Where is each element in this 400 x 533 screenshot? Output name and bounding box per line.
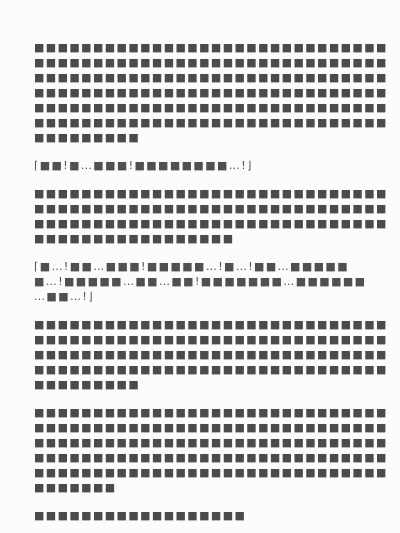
- text-paragraph: ■■■■■■■■■■■■■■■■■■■■■■■■■■■■■■ ■■■■■■■■■…: [34, 40, 370, 145]
- dialogue-paragraph: ⌈■…!■■…■■■!■■■■■…!■…!■■…■■■■■ ■…!■■■■■…■…: [34, 259, 370, 304]
- document-page: ■■■■■■■■■■■■■■■■■■■■■■■■■■■■■■ ■■■■■■■■■…: [0, 0, 400, 533]
- text-paragraph: ■■■■■■■■■■■■■■■■■■: [34, 508, 370, 523]
- dialogue-paragraph: ⌈■■!■…■■■!■■■■■■■■…!⌋: [34, 158, 370, 173]
- text-paragraph: ■■■■■■■■■■■■■■■■■■■■■■■■■■■■■■ ■■■■■■■■■…: [34, 186, 370, 246]
- text-paragraph: ■■■■■■■■■■■■■■■■■■■■■■■■■■■■■■ ■■■■■■■■■…: [34, 317, 370, 392]
- text-paragraph: ■■■■■■■■■■■■■■■■■■■■■■■■■■■■■■ ■■■■■■■■■…: [34, 405, 370, 495]
